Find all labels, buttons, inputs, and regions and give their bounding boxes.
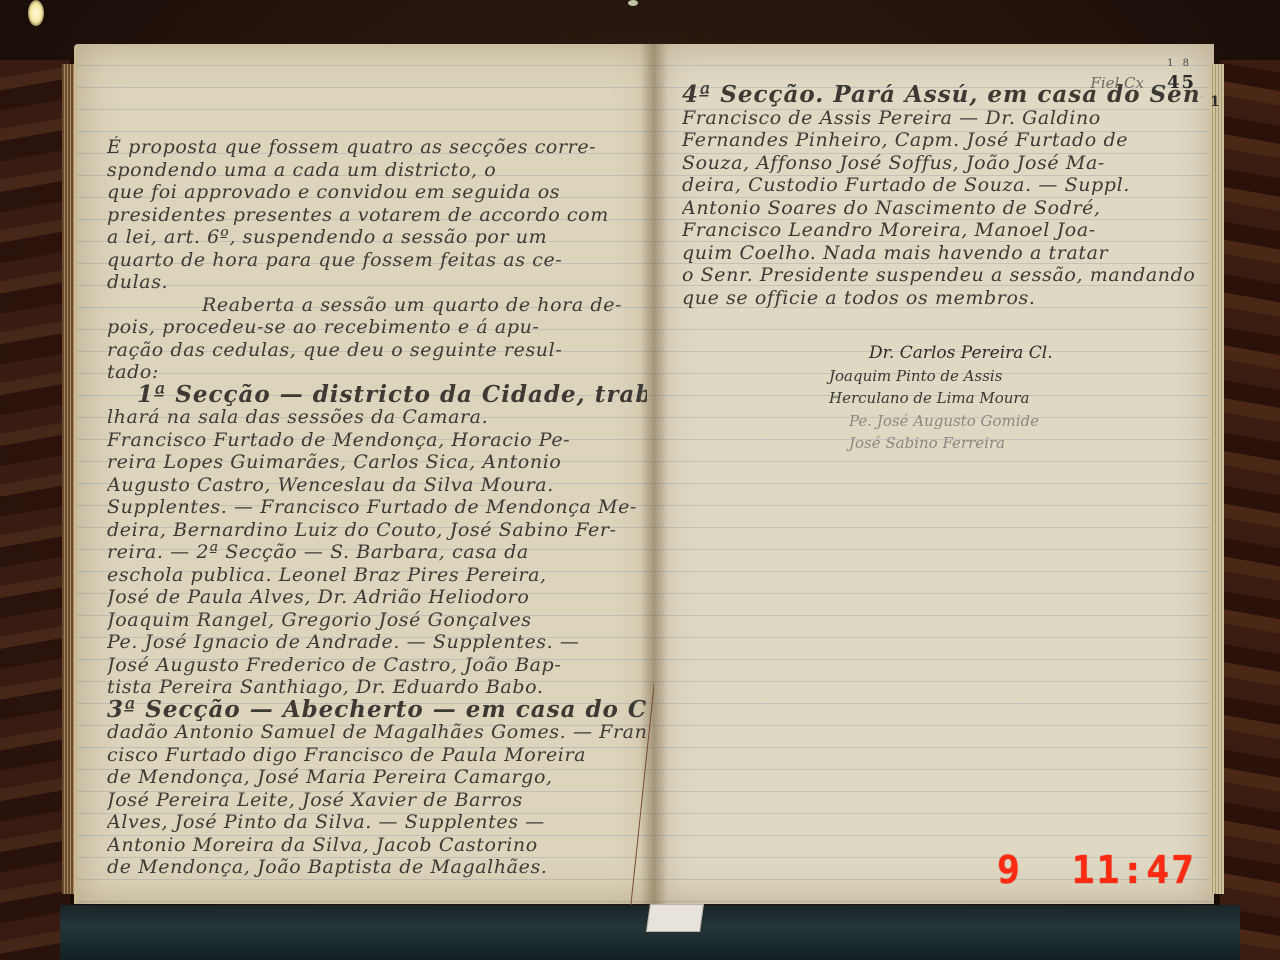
ledger-book: É proposta que fossem quatro as secções … [62, 44, 1222, 904]
page-number-faint: 1 8 [1167, 58, 1192, 69]
text-line: a lei, art. 6º, suspendendo a sessão por… [107, 226, 647, 249]
signature: Herculano de Lima Moura [829, 387, 1169, 410]
text-line: José de Paula Alves, Dr. Adrião Heliodor… [107, 586, 647, 609]
right-page: 1 8 45 Fiel Cx 4ª Secção. Pará Assú, em … [654, 44, 1214, 904]
ceiling-light-reflection [28, 0, 44, 26]
signature: José Sabino Ferreira [829, 432, 1169, 455]
text-line: Reaberta a sessão um quarto de hora de- [107, 294, 647, 317]
timestamp-time: 11:47 [1072, 848, 1196, 892]
text-line: que foi approvado e convidou em seguida … [107, 181, 647, 204]
text-line: cisco Furtado digo Francisco de Paula Mo… [107, 744, 647, 767]
background-textile-right [1220, 60, 1280, 960]
timestamp-day: 9 [997, 848, 1022, 892]
section-heading-2: reira. — 2ª Secção — S. Barbara, casa da [107, 541, 647, 564]
text-line: presidentes presentes a votarem de accor… [107, 204, 647, 227]
text-line: Alves, José Pinto da Silva. — Supplentes… [107, 811, 647, 834]
text-line: spondendo uma a cada um districto, o [107, 159, 647, 182]
section-heading-4: 4ª Secção. Pará Assú, em casa do Sen- [682, 84, 1202, 107]
section-heading-3: 3ª Secção — Abecherto — em casa do Ci- [107, 699, 647, 722]
right-page-text: 4ª Secção. Pará Assú, em casa do Sen- Fr… [682, 84, 1202, 309]
text-line: Joaquim Rangel, Gregorio José Gonçalves [107, 609, 647, 632]
paper-bookmark [646, 904, 704, 932]
camera-timestamp: 9 11:47 [997, 848, 1196, 892]
text-line: Augusto Castro, Wenceslau da Silva Moura… [107, 474, 647, 497]
text-line: Antonio Soares do Nascimento de Sodré, [682, 197, 1202, 220]
text-line: tado: [107, 361, 647, 384]
text-line: o Senr. Presidente suspendeu a sessão, m… [682, 264, 1202, 287]
text-line: Francisco Furtado de Mendonça, Horacio P… [107, 429, 647, 452]
text-line: Francisco de Assis Pereira — Dr. Galdino [682, 107, 1202, 130]
text-line: quim Coelho. Nada mais havendo a tratar [682, 242, 1202, 265]
text-line: Supplentes. — Francisco Furtado de Mendo… [107, 496, 647, 519]
left-page-edges [62, 64, 74, 894]
text-line: José Pereira Leite, José Xavier de Barro… [107, 789, 647, 812]
text-line: dulas. [107, 271, 647, 294]
text-line: dadão Antonio Samuel de Magalhães Gomes.… [107, 721, 647, 744]
light-reflection [628, 0, 638, 6]
text-line: ração das cedulas, que deu o seguinte re… [107, 339, 647, 362]
signature: Joaquim Pinto de Assis [829, 365, 1169, 388]
text-line: reira Lopes Guimarães, Carlos Sica, Anto… [107, 451, 647, 474]
text-line: É proposta que fossem quatro as secções … [107, 136, 647, 159]
text-line: de Mendonça, João Baptista de Magalhães. [107, 856, 647, 879]
left-page-text: É proposta que fossem quatro as secções … [107, 136, 647, 879]
text-line: que se officie a todos os membros. [682, 287, 1202, 310]
background-textile-left [0, 60, 70, 960]
text-line: Fernandes Pinheiro, Capm. José Furtado d… [682, 129, 1202, 152]
right-page-edges [1210, 64, 1224, 894]
text-line: deira, Custodio Furtado de Souza. — Supp… [682, 174, 1202, 197]
section-heading-1: 1ª Secção — districto da Cidade, traba- [107, 384, 647, 407]
signature: Dr. Carlos Pereira Cl. [829, 342, 1169, 365]
text-line: lhará na sala das sessões da Camara. [107, 406, 647, 429]
left-page: É proposta que fossem quatro as secções … [74, 44, 657, 904]
text-line: Pe. José Ignacio de Andrade. — Supplente… [107, 631, 647, 654]
book-gutter [640, 44, 668, 904]
text-line: deira, Bernardino Luiz do Couto, José Sa… [107, 519, 647, 542]
text-line: pois, procedeu-se ao recebimento e á apu… [107, 316, 647, 339]
text-line: quarto de hora para que fossem feitas as… [107, 249, 647, 272]
signature-block: Dr. Carlos Pereira Cl. Joaquim Pinto de … [829, 342, 1169, 455]
text-line: Souza, Affonso José Soffus, João José Ma… [682, 152, 1202, 175]
text-line: Francisco Leandro Moreira, Manoel Joa- [682, 219, 1202, 242]
page-tab-marker: 1 [1210, 94, 1220, 110]
text-line: José Augusto Frederico de Castro, João B… [107, 654, 647, 677]
text-line: de Mendonça, José Maria Pereira Camargo, [107, 766, 647, 789]
text-line: Antonio Moreira da Silva, Jacob Castorin… [107, 834, 647, 857]
signature: Pe. José Augusto Gomide [829, 410, 1169, 433]
text-line: eschola publica. Leonel Braz Pires Perei… [107, 564, 647, 587]
text-line: tista Pereira Santhiago, Dr. Eduardo Bab… [107, 676, 647, 699]
